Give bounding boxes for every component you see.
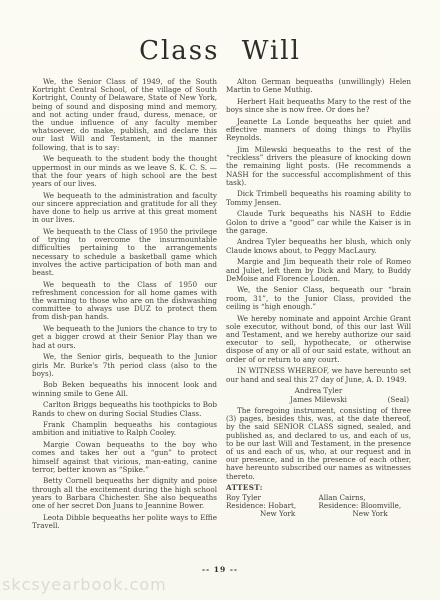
witness-state: New York bbox=[319, 510, 412, 518]
yearbook-page: Class Will We, the Senior Class of 1949,… bbox=[0, 0, 440, 600]
signature-name: James Milewski bbox=[290, 395, 347, 404]
will-paragraph: The foregoing instrument, consisting of … bbox=[226, 407, 411, 481]
will-paragraph: Claude Turk bequeaths his NASH to Eddie … bbox=[226, 210, 411, 235]
will-paragraph: Carlton Briggs bequeaths his toothpicks … bbox=[32, 401, 217, 417]
will-paragraph: IN WITNESS WHEREOF, we have hereunto set… bbox=[226, 367, 411, 383]
left-column: We, the Senior Class of 1949, of the Sou… bbox=[32, 78, 217, 534]
will-paragraph: Margie and Jim bequeath their role of Ro… bbox=[226, 258, 411, 283]
will-paragraph: We bequeath to the Class of 1950 our ref… bbox=[32, 281, 217, 322]
page-title: Class Will bbox=[0, 0, 440, 66]
page-number: -- 19 -- bbox=[0, 565, 440, 574]
seal-label: (Seal) bbox=[388, 396, 409, 404]
will-paragraph: Bob Beken bequeaths his innocent look an… bbox=[32, 381, 217, 397]
will-paragraph: We hereby nominate and appoint Archie Gr… bbox=[226, 315, 411, 364]
will-paragraph: Herbert Hait bequeaths Mary to the rest … bbox=[226, 98, 411, 114]
will-paragraph: We, the Senior girls, bequeath to the Ju… bbox=[32, 353, 217, 378]
will-paragraph: Leota Dibble bequeaths her polite ways t… bbox=[32, 514, 217, 530]
will-paragraph: Jeanette La Londe bequeaths her quiet an… bbox=[226, 118, 411, 143]
will-paragraph: Frank Champlin bequeaths his contagious … bbox=[32, 421, 217, 437]
witness: Allan Cairns, Residence: Bloomville, New… bbox=[319, 494, 412, 519]
signature-name-row: James Milewski (Seal) bbox=[226, 396, 411, 404]
will-paragraph: Andrea Tyler bequeaths her blush, which … bbox=[226, 238, 411, 254]
witness-block: Roy Tyler Residence: Hobart, New York Al… bbox=[226, 494, 411, 519]
will-paragraph: We bequeath to the Class of 1950 the pri… bbox=[32, 228, 217, 277]
will-paragraph: We, the Senior Class of 1949, of the Sou… bbox=[32, 78, 217, 152]
witness-state: New York bbox=[226, 510, 319, 518]
attest-label: ATTEST: bbox=[226, 484, 411, 492]
will-paragraph: We bequeath to the student body the thou… bbox=[32, 155, 217, 188]
will-paragraph: We, the Senior Class, bequeath our “brai… bbox=[226, 286, 411, 311]
will-paragraph: Dick Trimbell bequeaths his roaming abil… bbox=[226, 190, 411, 206]
will-paragraph: Alton German bequeaths (unwillingly) Hel… bbox=[226, 78, 411, 94]
will-paragraph: We bequeath to the Juniors the chance to… bbox=[32, 325, 217, 350]
will-paragraph: Betty Cornell bequeaths her dignity and … bbox=[32, 477, 217, 510]
signature-block: Andrea Tyler James Milewski (Seal) bbox=[226, 387, 411, 404]
will-paragraph: We bequeath to the administration and fa… bbox=[32, 192, 217, 225]
will-paragraph: Jim Milewski bequeaths to the rest of th… bbox=[226, 146, 411, 187]
watermark: skcsyearbook.com bbox=[2, 575, 167, 594]
will-paragraph: Margie Cowan bequeaths to the boy who co… bbox=[32, 441, 217, 474]
text-columns: We, the Senior Class of 1949, of the Sou… bbox=[32, 78, 411, 534]
witness: Roy Tyler Residence: Hobart, New York bbox=[226, 494, 319, 519]
right-column: Alton German bequeaths (unwillingly) Hel… bbox=[226, 78, 411, 534]
